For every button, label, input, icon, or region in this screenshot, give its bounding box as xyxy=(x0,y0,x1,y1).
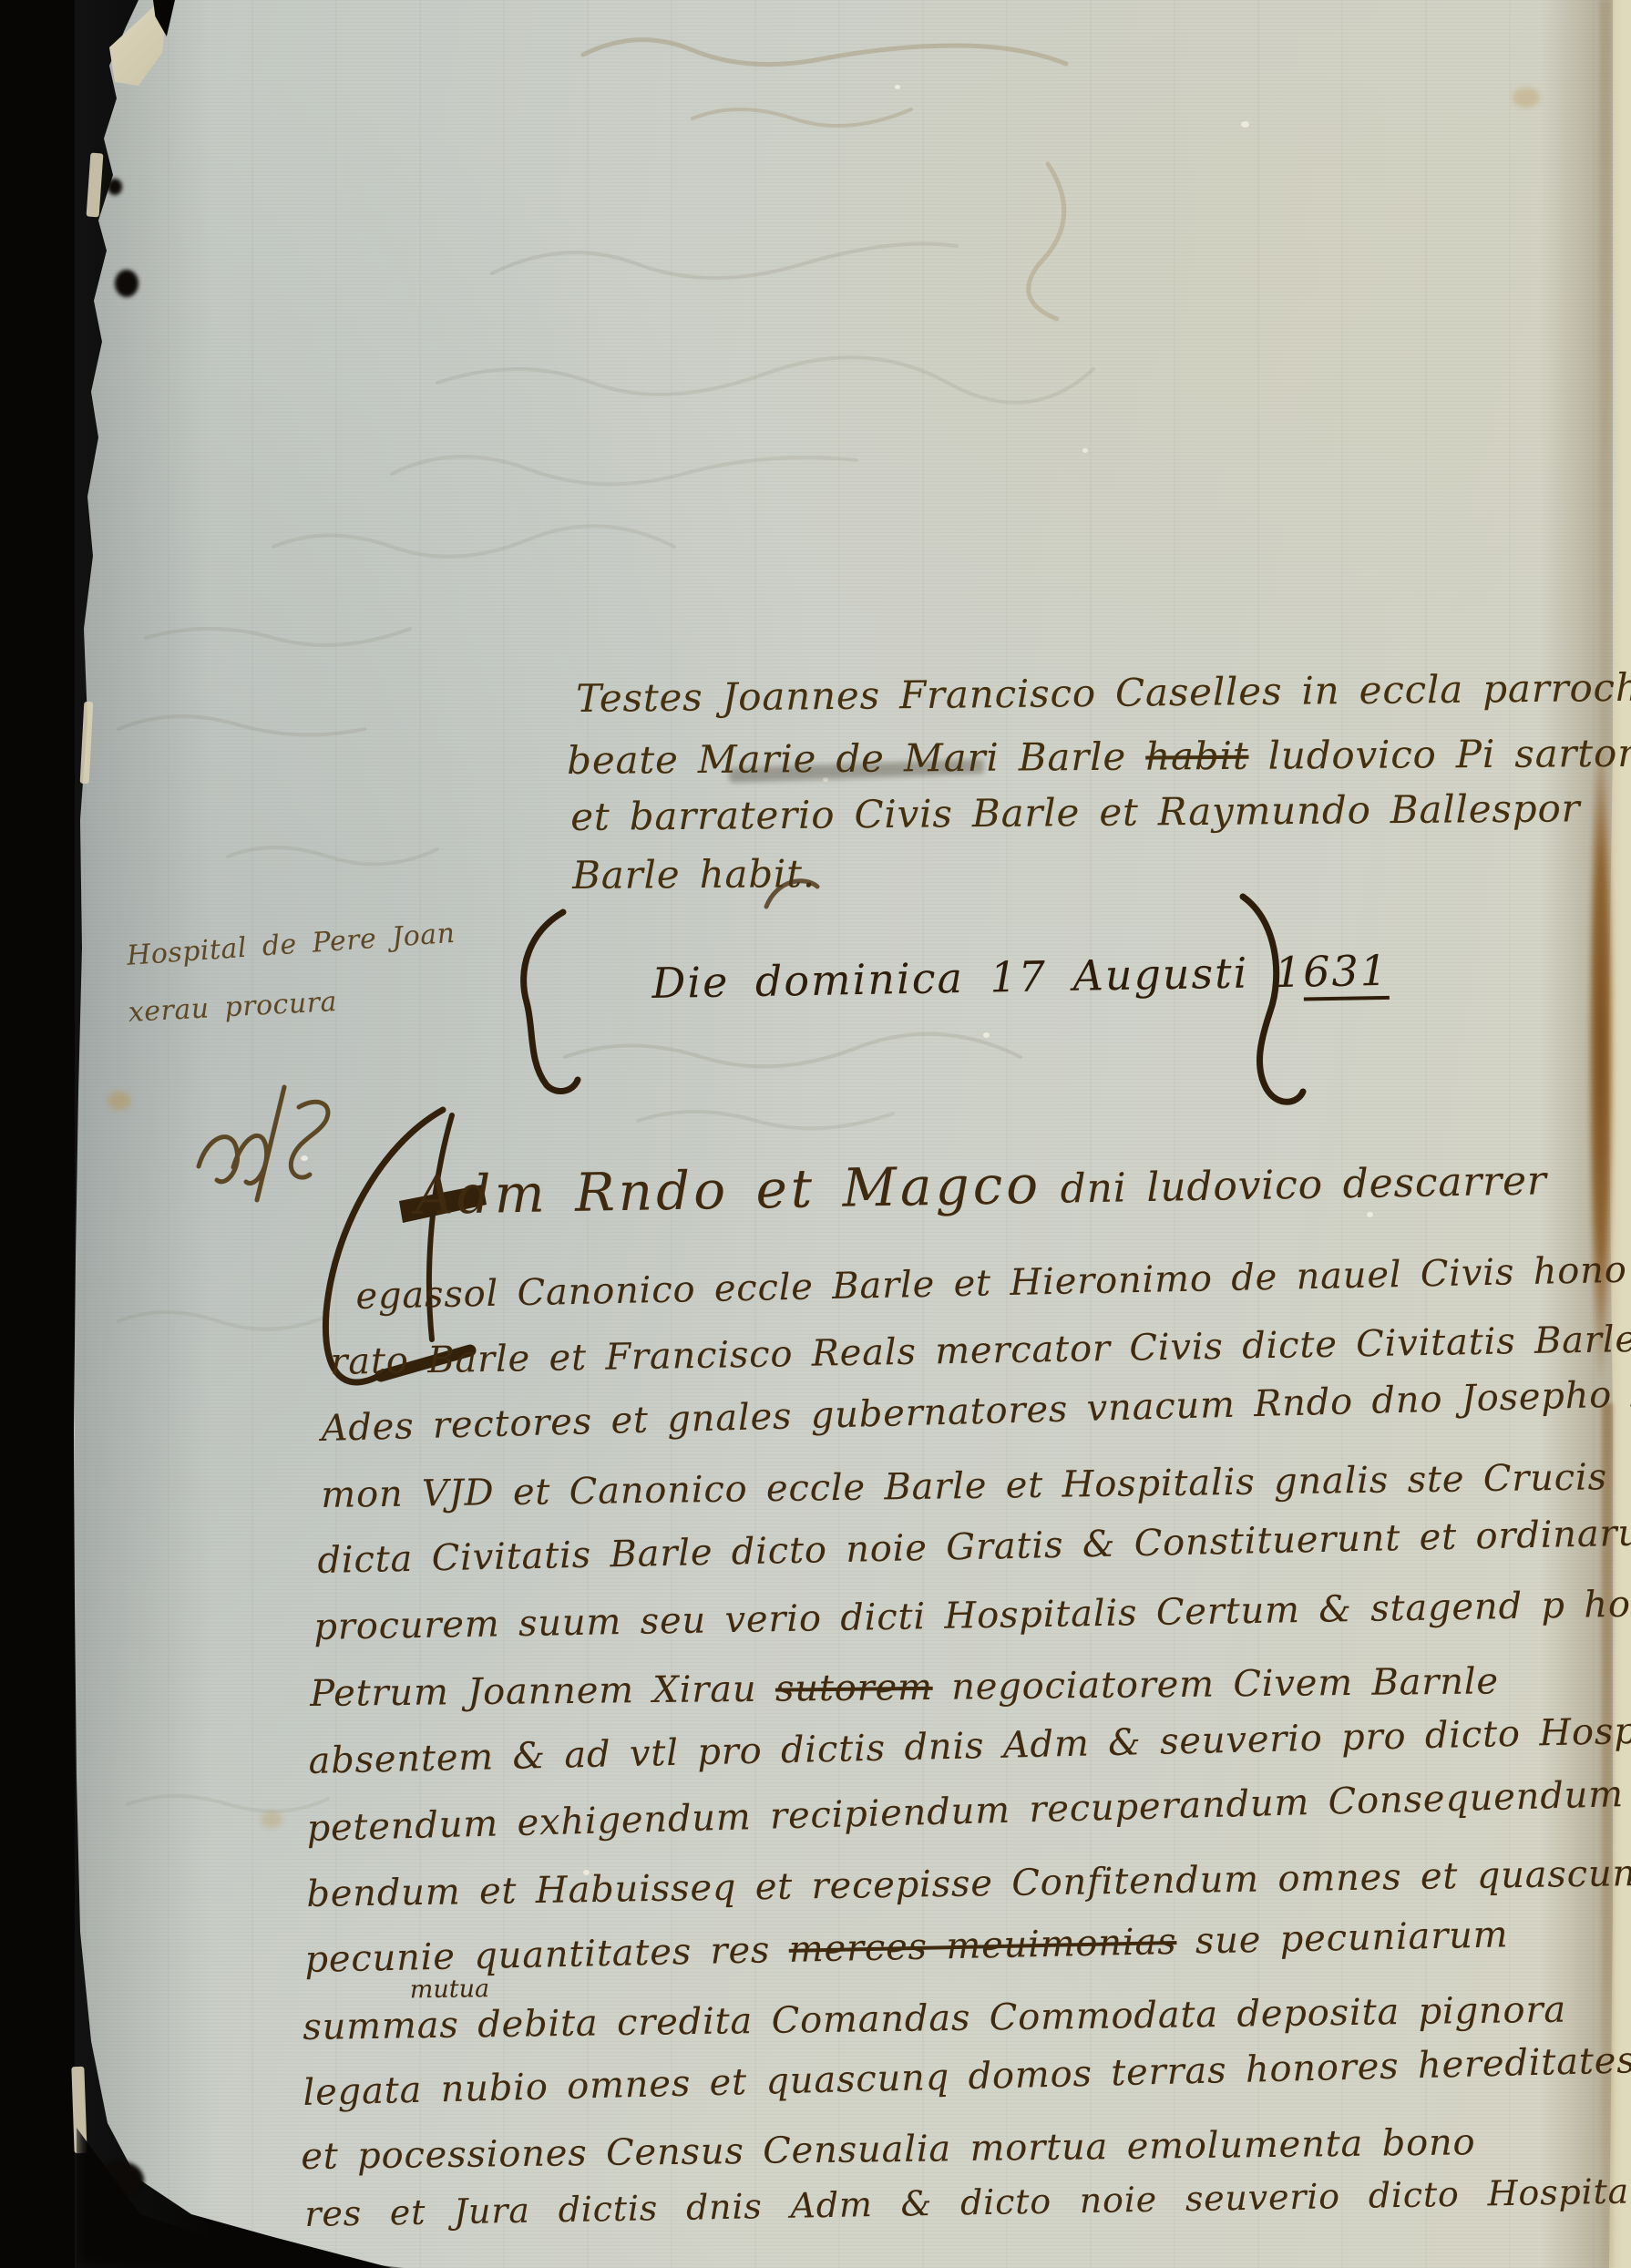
body-line-12-struck-words: merces meuimonias xyxy=(788,1921,1177,1971)
manuscript-photo: Hospital de Pere Joan xerau procura Test… xyxy=(0,0,1631,2268)
body-line-8-text: Petrum Joannem Xirau xyxy=(310,1668,775,1715)
witness-line-2-text: beate Marie de Mari Barle xyxy=(567,734,1145,783)
body-line-8-cont: negociatorem Civem Barnle xyxy=(932,1660,1499,1709)
dateline-top-curl-flourish xyxy=(761,870,825,916)
body-line-1-rest: dni ludovico descarrer xyxy=(1060,1157,1547,1212)
dateline-year-underlined: 631 xyxy=(1303,946,1390,1001)
body-line-13-inserted-word: mutua xyxy=(410,1975,490,2004)
body-line-8-struck-word: sutorem xyxy=(775,1667,933,1710)
witness-struck-word: habit xyxy=(1145,734,1249,779)
witness-line-2: beate Marie de Mari Barle habit ludovico… xyxy=(567,731,1631,783)
dateline-bracket-right-flourish xyxy=(1226,893,1308,1121)
body-line-1-large: Adm Rndo et Magco xyxy=(415,1154,1042,1226)
dateline-bracket-left-flourish xyxy=(510,907,597,1103)
body-line-12-cont: sue pecuniarum xyxy=(1176,1914,1509,1963)
witness-line-3: et barraterio Civis Barle et Raymundo Ba… xyxy=(570,785,1581,839)
witness-line-2-cont: ludovico Pi sartor xyxy=(1248,731,1631,778)
